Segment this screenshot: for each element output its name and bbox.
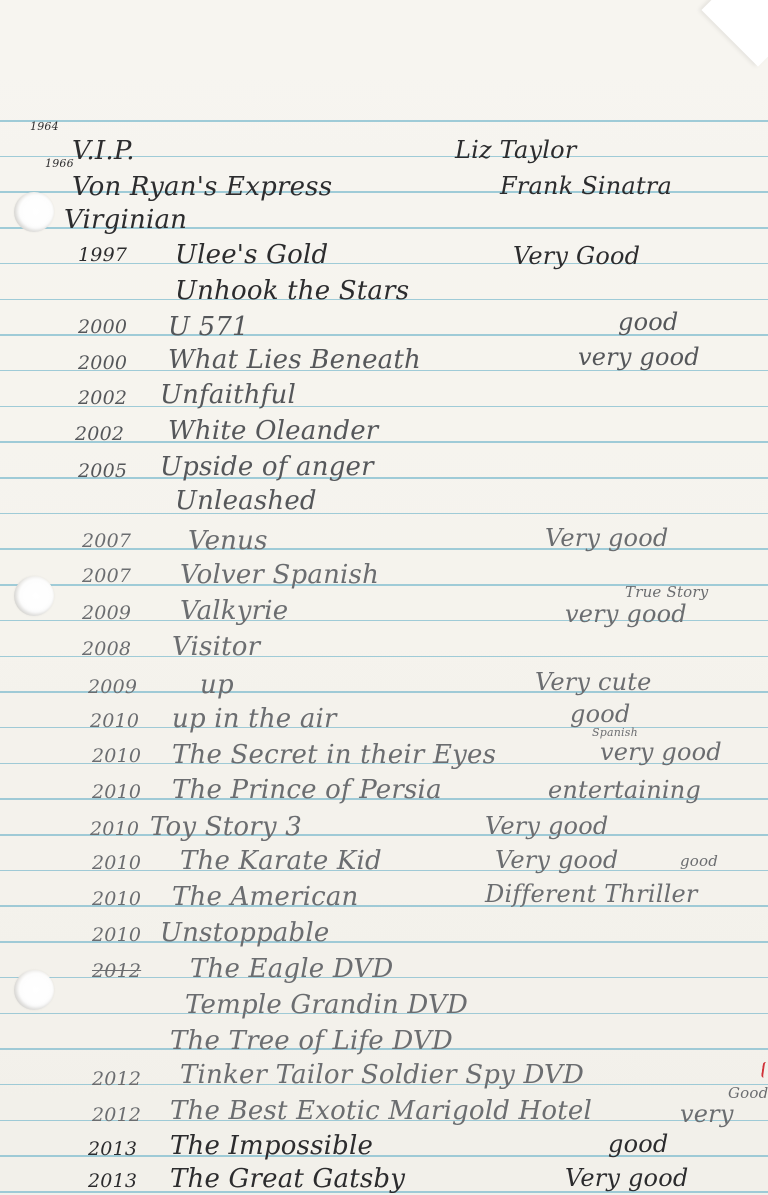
entry-year: 2010	[92, 852, 141, 874]
entry-note: Frank Sinatra	[500, 172, 672, 200]
entry-title: Unleashed	[175, 486, 317, 516]
entry-year: 2009	[82, 602, 131, 624]
entry-title: up	[200, 670, 234, 700]
entry-title: up in the air	[172, 704, 337, 734]
entry-year: 2013	[88, 1138, 137, 1160]
entry-title: Unhook the Stars	[175, 276, 409, 306]
entry-title: The Prince of Persia	[172, 775, 442, 805]
entry-annotation: True Story	[625, 583, 708, 601]
entry-title: Toy Story 3	[150, 812, 302, 842]
entry-year: 2010	[92, 888, 141, 910]
entry-year: 2013	[88, 1170, 137, 1192]
entry-note: very good	[600, 738, 722, 766]
entry-year-struck: 2012	[92, 960, 141, 982]
entry-title: White Oleander	[168, 416, 378, 446]
entry-year: 2012	[92, 1104, 141, 1126]
entry-annotation: good	[680, 852, 718, 870]
rule-line	[0, 120, 768, 122]
entry-year: 2012	[92, 1068, 141, 1090]
entry-year: 2002	[75, 423, 124, 445]
entry-year: 2002	[78, 387, 127, 409]
entry-note: Very Good	[513, 242, 640, 270]
entry-year: 2010	[92, 781, 141, 803]
entry-note: Very good	[495, 846, 618, 874]
punch-hole-bottom	[14, 970, 54, 1010]
entry-note: Different Thriller	[485, 880, 698, 908]
entry-title: The Best Exotic Marigold Hotel	[170, 1096, 592, 1126]
entry-year: 2000	[78, 352, 127, 374]
entry-title: Virginian	[64, 205, 187, 235]
entry-year: 2010	[90, 710, 139, 732]
rule-line	[0, 513, 768, 515]
entry-title: Von Ryan's Express	[72, 172, 332, 202]
entry-note: entertaining	[548, 776, 701, 804]
entry-title: U 571	[168, 312, 249, 342]
entry-note: good	[618, 308, 678, 336]
entry-note: good	[570, 700, 630, 728]
entry-title: The Impossible	[170, 1131, 373, 1161]
entry-title: The Tree of Life DVD	[170, 1026, 453, 1056]
entry-year: 1997	[78, 244, 127, 266]
entry-title: V.I.P.	[72, 136, 135, 166]
entry-title: What Lies Beneath	[168, 345, 421, 375]
curled-corner	[701, 0, 768, 67]
entry-title: Unstoppable	[160, 918, 329, 948]
entry-annotation: Good	[728, 1084, 768, 1102]
entry-note: Liz Taylor	[455, 136, 577, 164]
entry-note: good	[608, 1130, 668, 1158]
entry-year: 2008	[82, 638, 131, 660]
entry-title: The Eagle DVD	[190, 954, 393, 984]
entry-title: The Secret in their Eyes	[172, 740, 496, 770]
entry-year: 2009	[88, 676, 137, 698]
notebook-page: 1964 1966 V.I.P. Liz Taylor Von Ryan's E…	[0, 0, 768, 1195]
entry-title: Upside of anger	[160, 452, 374, 482]
entry-note: very good	[578, 343, 700, 371]
entry-title: Ulee's Gold	[175, 240, 328, 270]
entry-year: 2007	[82, 565, 131, 587]
entry-title: Volver Spanish	[180, 560, 379, 590]
entry-title: The Karate Kid	[180, 846, 382, 876]
entry-year: 2010	[90, 818, 139, 840]
entry-title: The Great Gatsby	[170, 1164, 405, 1194]
entry-title: Tinker Tailor Soldier Spy DVD	[180, 1060, 584, 1090]
entry-title: Unfaithful	[160, 380, 296, 410]
punch-hole-top	[14, 192, 54, 232]
entry-note: Very good	[485, 812, 608, 840]
entry-note: Very cute	[535, 668, 652, 696]
entry-year: 2007	[82, 530, 131, 552]
entry-note: Very good	[545, 524, 668, 552]
entry-year: 2010	[92, 745, 141, 767]
entry-year: 2005	[78, 460, 127, 482]
entry-title: Venus	[188, 526, 268, 556]
entry-note: very good	[565, 600, 687, 628]
entry-title: Visitor	[172, 632, 260, 662]
entry-year: 2010	[92, 924, 141, 946]
header-year-1: 1964	[30, 120, 59, 133]
entry-note: very	[680, 1100, 734, 1128]
punch-hole-middle	[14, 576, 54, 616]
entry-title: Temple Grandin DVD	[185, 990, 468, 1020]
red-ink-mark	[761, 1062, 768, 1079]
entry-note: Very good	[565, 1164, 688, 1192]
entry-title: Valkyrie	[180, 596, 288, 626]
header-year-2: 1966	[45, 157, 74, 170]
entry-year: 2000	[78, 316, 127, 338]
entry-title: The American	[172, 882, 359, 912]
